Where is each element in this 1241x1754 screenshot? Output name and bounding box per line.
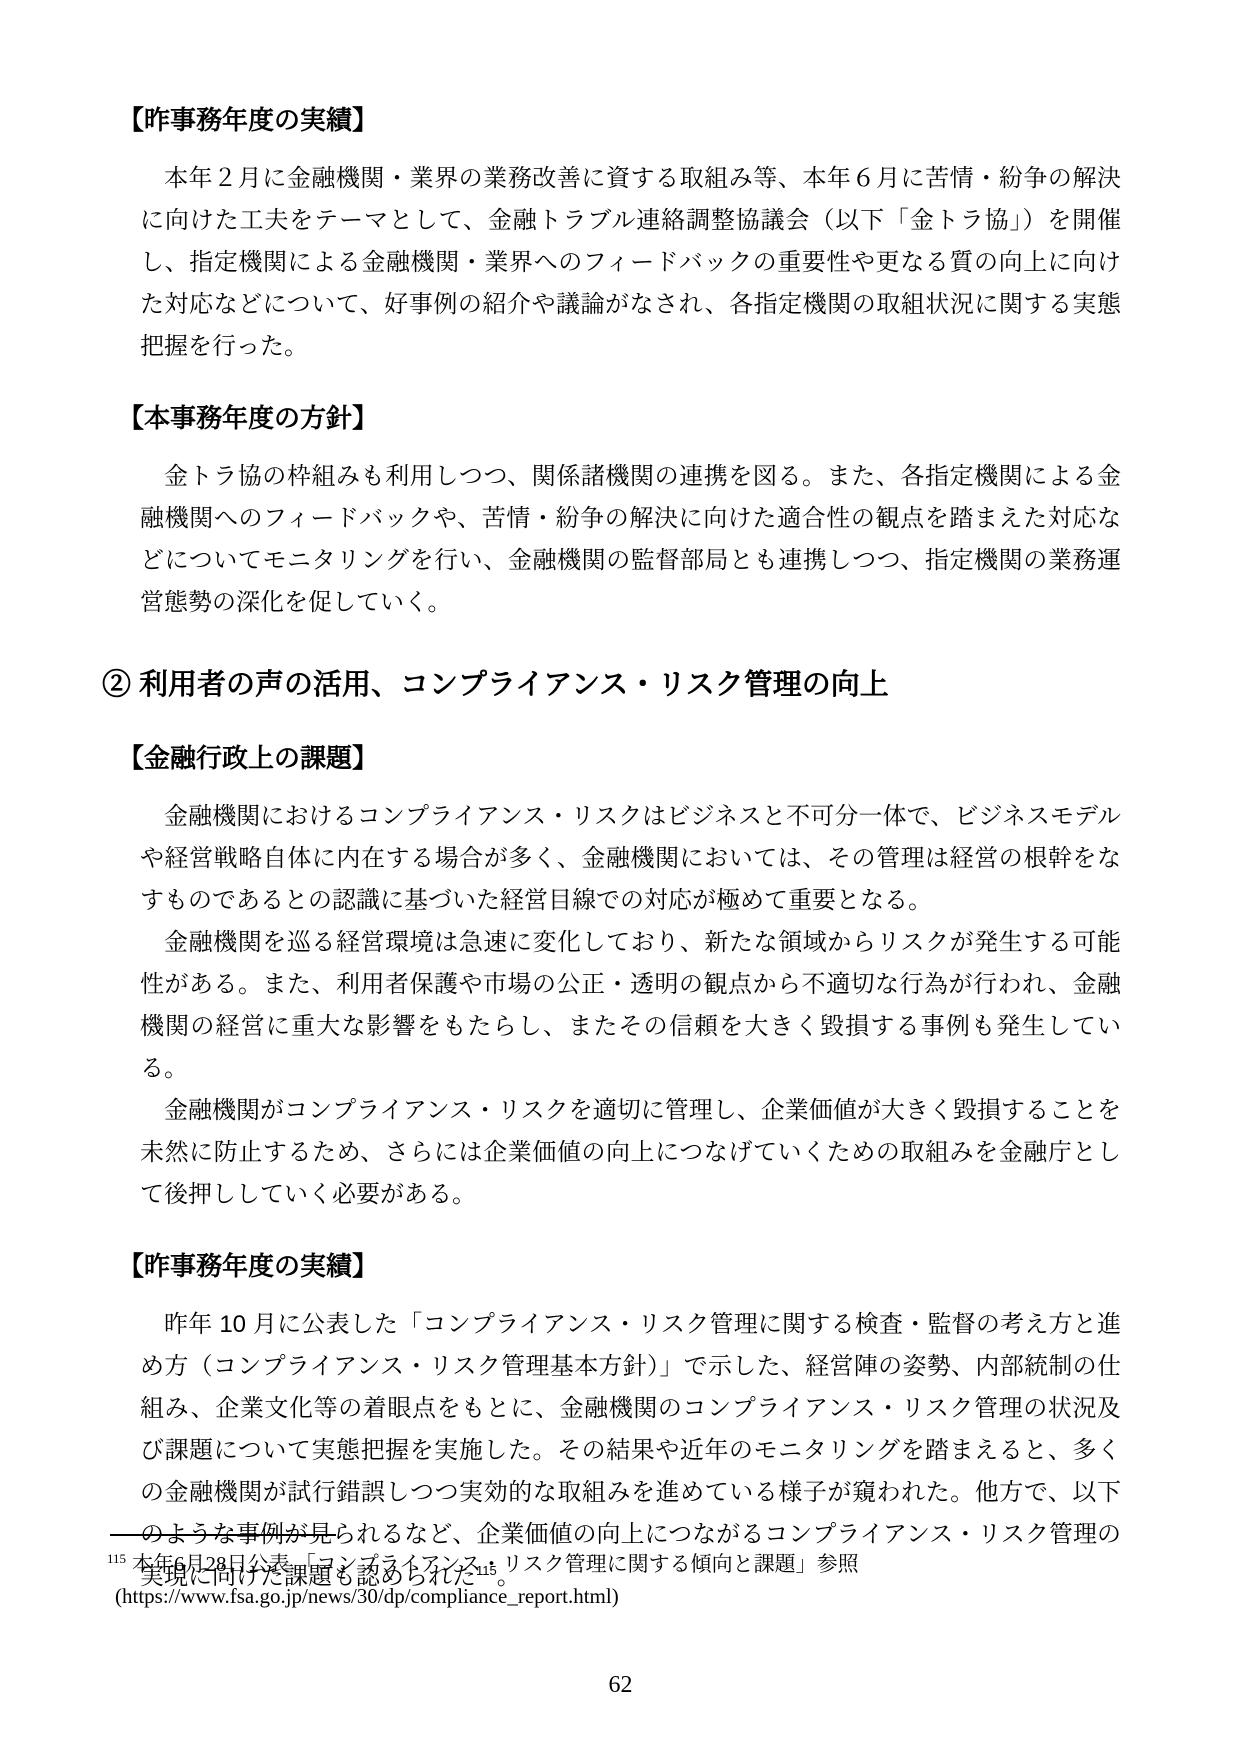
footnote-115-line1: 115本年6月28日公表 「コンプライアンス・リスク管理に関する傾向と課題」参照 bbox=[107, 1548, 1117, 1580]
paragraph-kintora-kyo: 本年２月に金融機関・業界の業務改善に資する取組み等、本年６月に苦情・紛争の解決に… bbox=[140, 158, 1121, 368]
heading-prev-year-results-1: 【昨事務年度の実績】 bbox=[118, 98, 1121, 142]
footnote-115-marker: 115 bbox=[107, 1551, 126, 1566]
footnote-separator-line bbox=[110, 1534, 336, 1536]
paragraph-issues-3: 金融機関がコンプライアンス・リスクを適切に管理し、企業価値が大きく毀損することを… bbox=[140, 1090, 1121, 1216]
heading-current-year-policy: 【本事務年度の方針】 bbox=[118, 396, 1121, 440]
footnote-115-url: (https://www.fsa.go.jp/news/30/dp/compli… bbox=[107, 1580, 1117, 1612]
document-body: 【昨事務年度の実績】 本年２月に金融機関・業界の業務改善に資する取組み等、本年６… bbox=[140, 0, 1121, 1598]
heading-financial-administration-issues: 【金融行政上の課題】 bbox=[118, 736, 1121, 780]
paragraph-issues-1: 金融機関におけるコンプライアンス・リスクはビジネスと不可分一体で、ビジネスモデル… bbox=[140, 796, 1121, 922]
footnote-115-text: 本年6月28日公表 「コンプライアンス・リスク管理に関する傾向と課題」参照 bbox=[132, 1552, 859, 1576]
document-page: { "page": { "number": "62", "content": {… bbox=[0, 0, 1241, 1754]
section-heading-2-compliance-risk: ② 利用者の声の活用、コンプライアンス・リスク管理の向上 bbox=[102, 660, 1121, 710]
page-number: 62 bbox=[0, 1672, 1241, 1699]
footnote-115: 115本年6月28日公表 「コンプライアンス・リスク管理に関する傾向と課題」参照… bbox=[107, 1548, 1117, 1612]
paragraph-policy: 金トラ協の枠組みも利用しつつ、関係諸機関の連携を図る。また、各指定機関による金融… bbox=[140, 456, 1121, 624]
heading-prev-year-results-2: 【昨事務年度の実績】 bbox=[118, 1244, 1121, 1288]
paragraph-issues-2: 金融機関を巡る経営環境は急速に変化しており、新たな領域からリスクが発生する可能性… bbox=[140, 922, 1121, 1090]
